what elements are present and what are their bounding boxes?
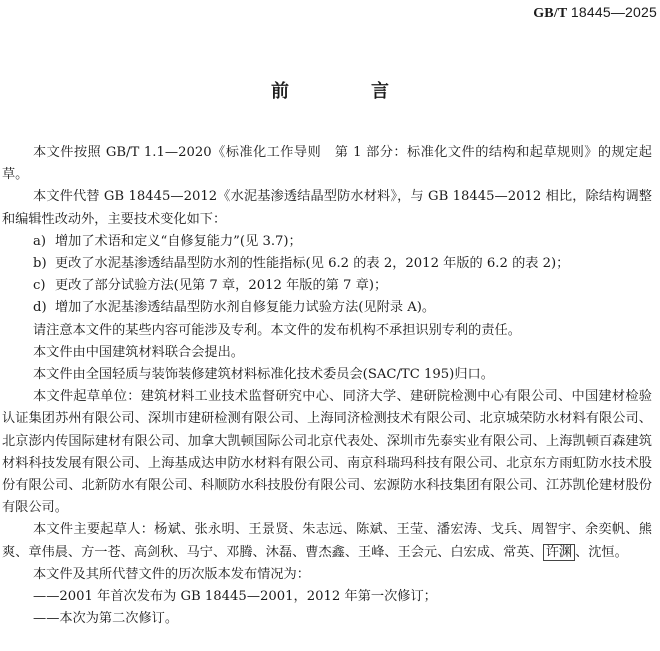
highlighted-name: 许渊: [543, 544, 575, 561]
drafting-rules-paragraph: 本文件按照 GB/T 1.1—2020《标准化工作导则 第 1 部分：标准化文件…: [2, 142, 652, 186]
page-title: 前 言: [0, 77, 660, 103]
list-marker: a): [33, 231, 55, 253]
proposer-paragraph: 本文件由中国建筑材料联合会提出。: [2, 342, 652, 364]
list-item: c)更改了部分试验方法(见第 7 章，2012 年版的第 7 章)；: [2, 275, 652, 297]
replacement-paragraph: 本文件代替 GB 18445—2012《水泥基渗透结晶型防水材料》，与 GB 1…: [2, 186, 652, 230]
list-marker: c): [33, 275, 55, 297]
drafters-paragraph: 本文件主要起草人：杨斌、张永明、王景贤、朱志远、陈斌、王莹、潘宏涛、戈兵、周智宇…: [2, 519, 652, 563]
list-item-text: 更改了水泥基渗透结晶型防水剂的性能指标(见 6.2 的表 2，2012 年版的 …: [55, 256, 569, 271]
drafters-text-end: 、沈恒。: [575, 545, 628, 560]
patent-notice: 请注意本文件的某些内容可能涉及专利。本文件的发布机构不承担识别专利的责任。: [2, 320, 652, 342]
list-item: a)增加了术语和定义“自修复能力”(见 3.7)；: [2, 231, 652, 253]
list-item-text: 增加了术语和定义“自修复能力”(见 3.7)；: [55, 234, 302, 249]
foreword-body: 本文件按照 GB/T 1.1—2020《标准化工作导则 第 1 部分：标准化文件…: [2, 142, 652, 630]
standard-code: GB/T 18445—2025: [533, 4, 657, 22]
list-item-text: 更改了部分试验方法(见第 7 章，2012 年版的第 7 章)；: [55, 278, 387, 293]
list-marker: d): [33, 297, 55, 319]
list-item-text: 增加了水泥基渗透结晶型防水剂自修复能力试验方法(见附录 A)。: [55, 300, 435, 315]
standard-number: 18445—2025: [571, 4, 657, 20]
list-item: d)增加了水泥基渗透结晶型防水剂自修复能力试验方法(见附录 A)。: [2, 297, 652, 319]
drafting-units-paragraph: 本文件起草单位：建筑材料工业技术监督研究中心、同济大学、建研院检测中心有限公司、…: [2, 386, 652, 519]
list-marker: b): [33, 253, 55, 275]
list-item: b)更改了水泥基渗透结晶型防水剂的性能指标(见 6.2 的表 2，2012 年版…: [2, 253, 652, 275]
history-item: ——2001 年首次发布为 GB 18445—2001，2012 年第一次修订；: [2, 586, 652, 608]
standard-prefix: GB/T: [533, 6, 567, 21]
committee-paragraph: 本文件由全国轻质与装饰装修建筑材料标准化技术委员会(SAC/TC 195)归口。: [2, 364, 652, 386]
history-intro: 本文件及其所代替文件的历次版本发布情况为：: [2, 564, 652, 586]
technical-changes-list: a)增加了术语和定义“自修复能力”(见 3.7)； b)更改了水泥基渗透结晶型防…: [2, 231, 652, 320]
history-item: ——本次为第二次修订。: [2, 608, 652, 630]
